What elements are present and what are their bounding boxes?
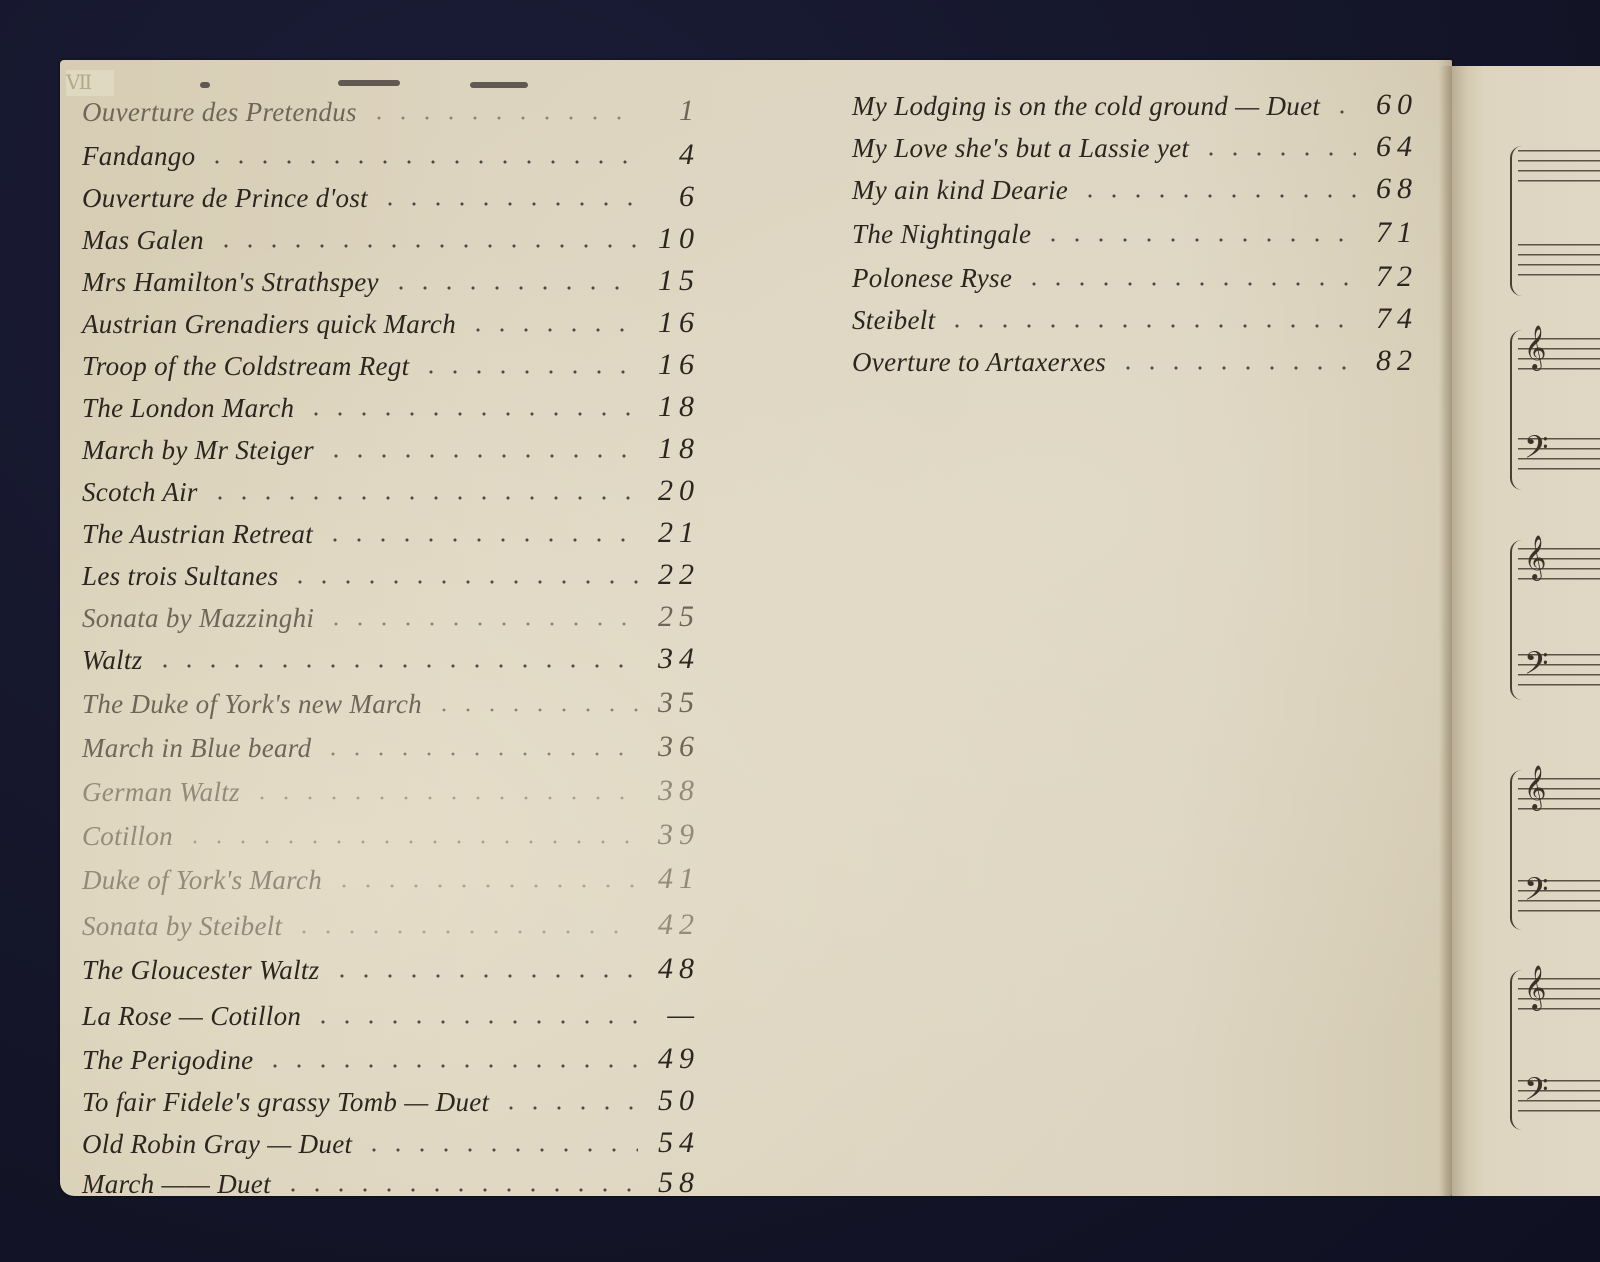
bass-clef-icon: 𝄢 [1524, 648, 1548, 686]
index-entry: To fair Fidele's grassy Tomb — Duet50 [82, 1078, 694, 1118]
index-entry: Fandango4 [82, 132, 694, 172]
treble-clef-icon: 𝄞 [1524, 328, 1546, 366]
index-entry: Mas Galen10 [82, 216, 694, 256]
index-entry: Austrian Grenadiers quick March16 [82, 300, 694, 340]
staff [1518, 150, 1600, 190]
index-entry: Sonata by Mazzinghi25 [82, 594, 694, 634]
index-entry: My ain kind Dearie68 [852, 166, 1412, 206]
index-entry: La Rose — Cotillon— [82, 992, 694, 1032]
index-entry: Mrs Hamilton's Strathspey15 [82, 258, 694, 298]
index-entry: Les trois Sultanes22 [82, 552, 694, 592]
index-entry: March by Mr Steiger18 [82, 426, 694, 466]
index-entry: The Austrian Retreat21 [82, 510, 694, 550]
index-entry: My Lodging is on the cold ground — Duet6… [852, 82, 1412, 122]
index-entry: Waltz34 [82, 636, 694, 676]
index-entry: Sonata by Steibelt42 [82, 902, 694, 942]
music-system: 𝄞 𝄢 [1510, 766, 1600, 946]
index-entry: Ouverture de Prince d'ost6 [82, 174, 694, 214]
treble-clef-icon: 𝄞 [1524, 768, 1546, 806]
index-entry: Scotch Air20 [82, 468, 694, 508]
adjacent-music-page: 𝄞 𝄢 𝄞 𝄢 𝄞 𝄢 𝄞 𝄢 [1452, 66, 1600, 1196]
index-entry: March —— Duet58 [82, 1160, 694, 1200]
music-system: 𝄞 𝄢 [1510, 326, 1600, 506]
index-entry: My Love she's but a Lassie yet64 [852, 124, 1412, 164]
staff [1518, 244, 1600, 284]
treble-clef-icon: 𝄞 [1524, 968, 1546, 1006]
index-entry: German Waltz38 [82, 768, 694, 808]
ink-smudge [338, 80, 400, 86]
index-entry: March in Blue beard36 [82, 724, 694, 764]
index-entry: Troop of the Coldstream Regt16 [82, 342, 694, 382]
index-entry: Polonese Ryse72 [852, 254, 1412, 294]
index-entry: The London March18 [82, 384, 694, 424]
music-system: 𝄞 𝄢 [1510, 536, 1600, 716]
bass-clef-icon: 𝄢 [1524, 1074, 1548, 1112]
bass-clef-icon: 𝄢 [1524, 874, 1548, 912]
index-entry: Cotillon39 [82, 812, 694, 852]
manuscript-page: VII Ouverture des Pretendus1 Fandango4 O… [60, 60, 1452, 1196]
index-entry: Overture to Artaxerxes82 [852, 338, 1412, 378]
music-system: 𝄞 𝄢 [1510, 966, 1600, 1146]
index-entry: Old Robin Gray — Duet54 [82, 1120, 694, 1160]
index-entry: Steibelt74 [852, 296, 1412, 336]
index-entry: The Perigodine49 [82, 1036, 694, 1076]
index-entry: Duke of York's March41 [82, 856, 694, 896]
music-system [1510, 106, 1600, 306]
treble-clef-icon: 𝄞 [1524, 538, 1546, 576]
index-entry: The Nightingale71 [852, 210, 1412, 250]
index-entry: The Duke of York's new March35 [82, 680, 694, 720]
bass-clef-icon: 𝄢 [1524, 432, 1548, 470]
index-entry: The Gloucester Waltz48 [82, 946, 694, 986]
index-entry: Ouverture des Pretendus1 [82, 88, 694, 128]
